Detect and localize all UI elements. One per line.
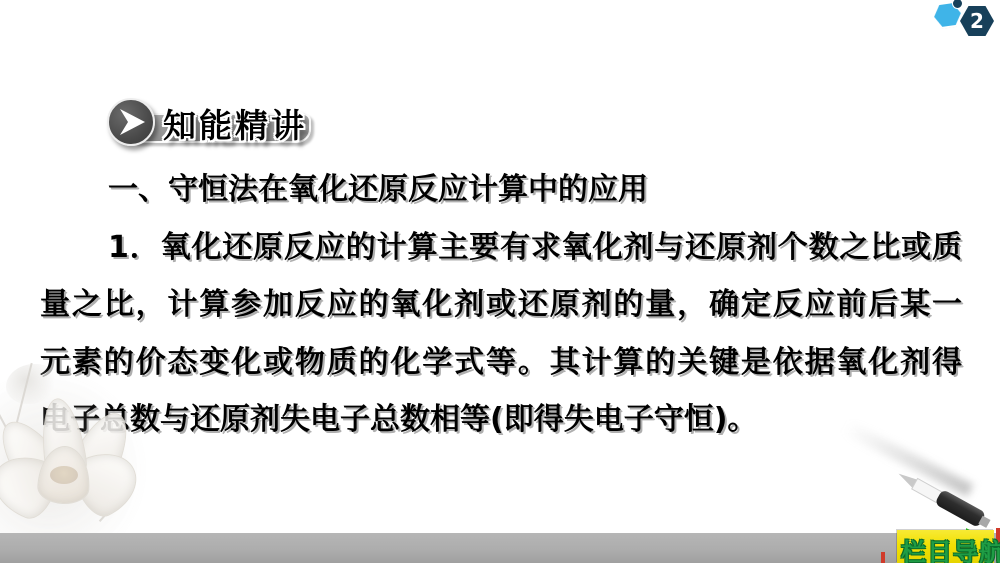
section-nav-button[interactable]: 栏目导航	[897, 529, 1000, 563]
play-arrow-icon	[107, 98, 155, 146]
section-header: 知能精讲	[107, 96, 347, 148]
paragraph-line: 元素的价态变化或物质的化学式等。其计算的关键是依据氧化剂得	[40, 334, 962, 392]
paragraph-line: 1．氧化还原反应的计算主要有求氧化剂与还原剂个数之比或质	[40, 219, 962, 277]
heading-line: 一、守恒法在氧化还原反应计算中的应用	[40, 161, 962, 219]
nav-button-label: 栏目导航	[901, 533, 1000, 563]
paragraph-line: 量之比，计算参加反应的氧化剂或还原剂的量，确定反应前后某一	[40, 276, 962, 334]
paragraph-line: 电子总数与还原剂失电子总数相等(即得失电子守恒)。	[40, 391, 962, 449]
slide: 2 知能精讲 一、守恒法在氧化还原反应计算中的应用 1．氧化还原反应的计算主要有…	[0, 0, 1000, 563]
page-number: 2	[960, 6, 994, 36]
body-text: 一、守恒法在氧化还原反应计算中的应用 1．氧化还原反应的计算主要有求氧化剂与还原…	[40, 161, 962, 449]
dot-decoration-icon	[952, 0, 963, 9]
footer-bar	[0, 533, 1000, 563]
brush-pen-decoration	[880, 455, 1000, 539]
page-number-badge: 2	[928, 0, 998, 46]
hexagon-page-icon: 2	[958, 4, 996, 38]
section-title: 知能精讲	[163, 100, 307, 147]
red-accent-decoration	[881, 552, 885, 563]
